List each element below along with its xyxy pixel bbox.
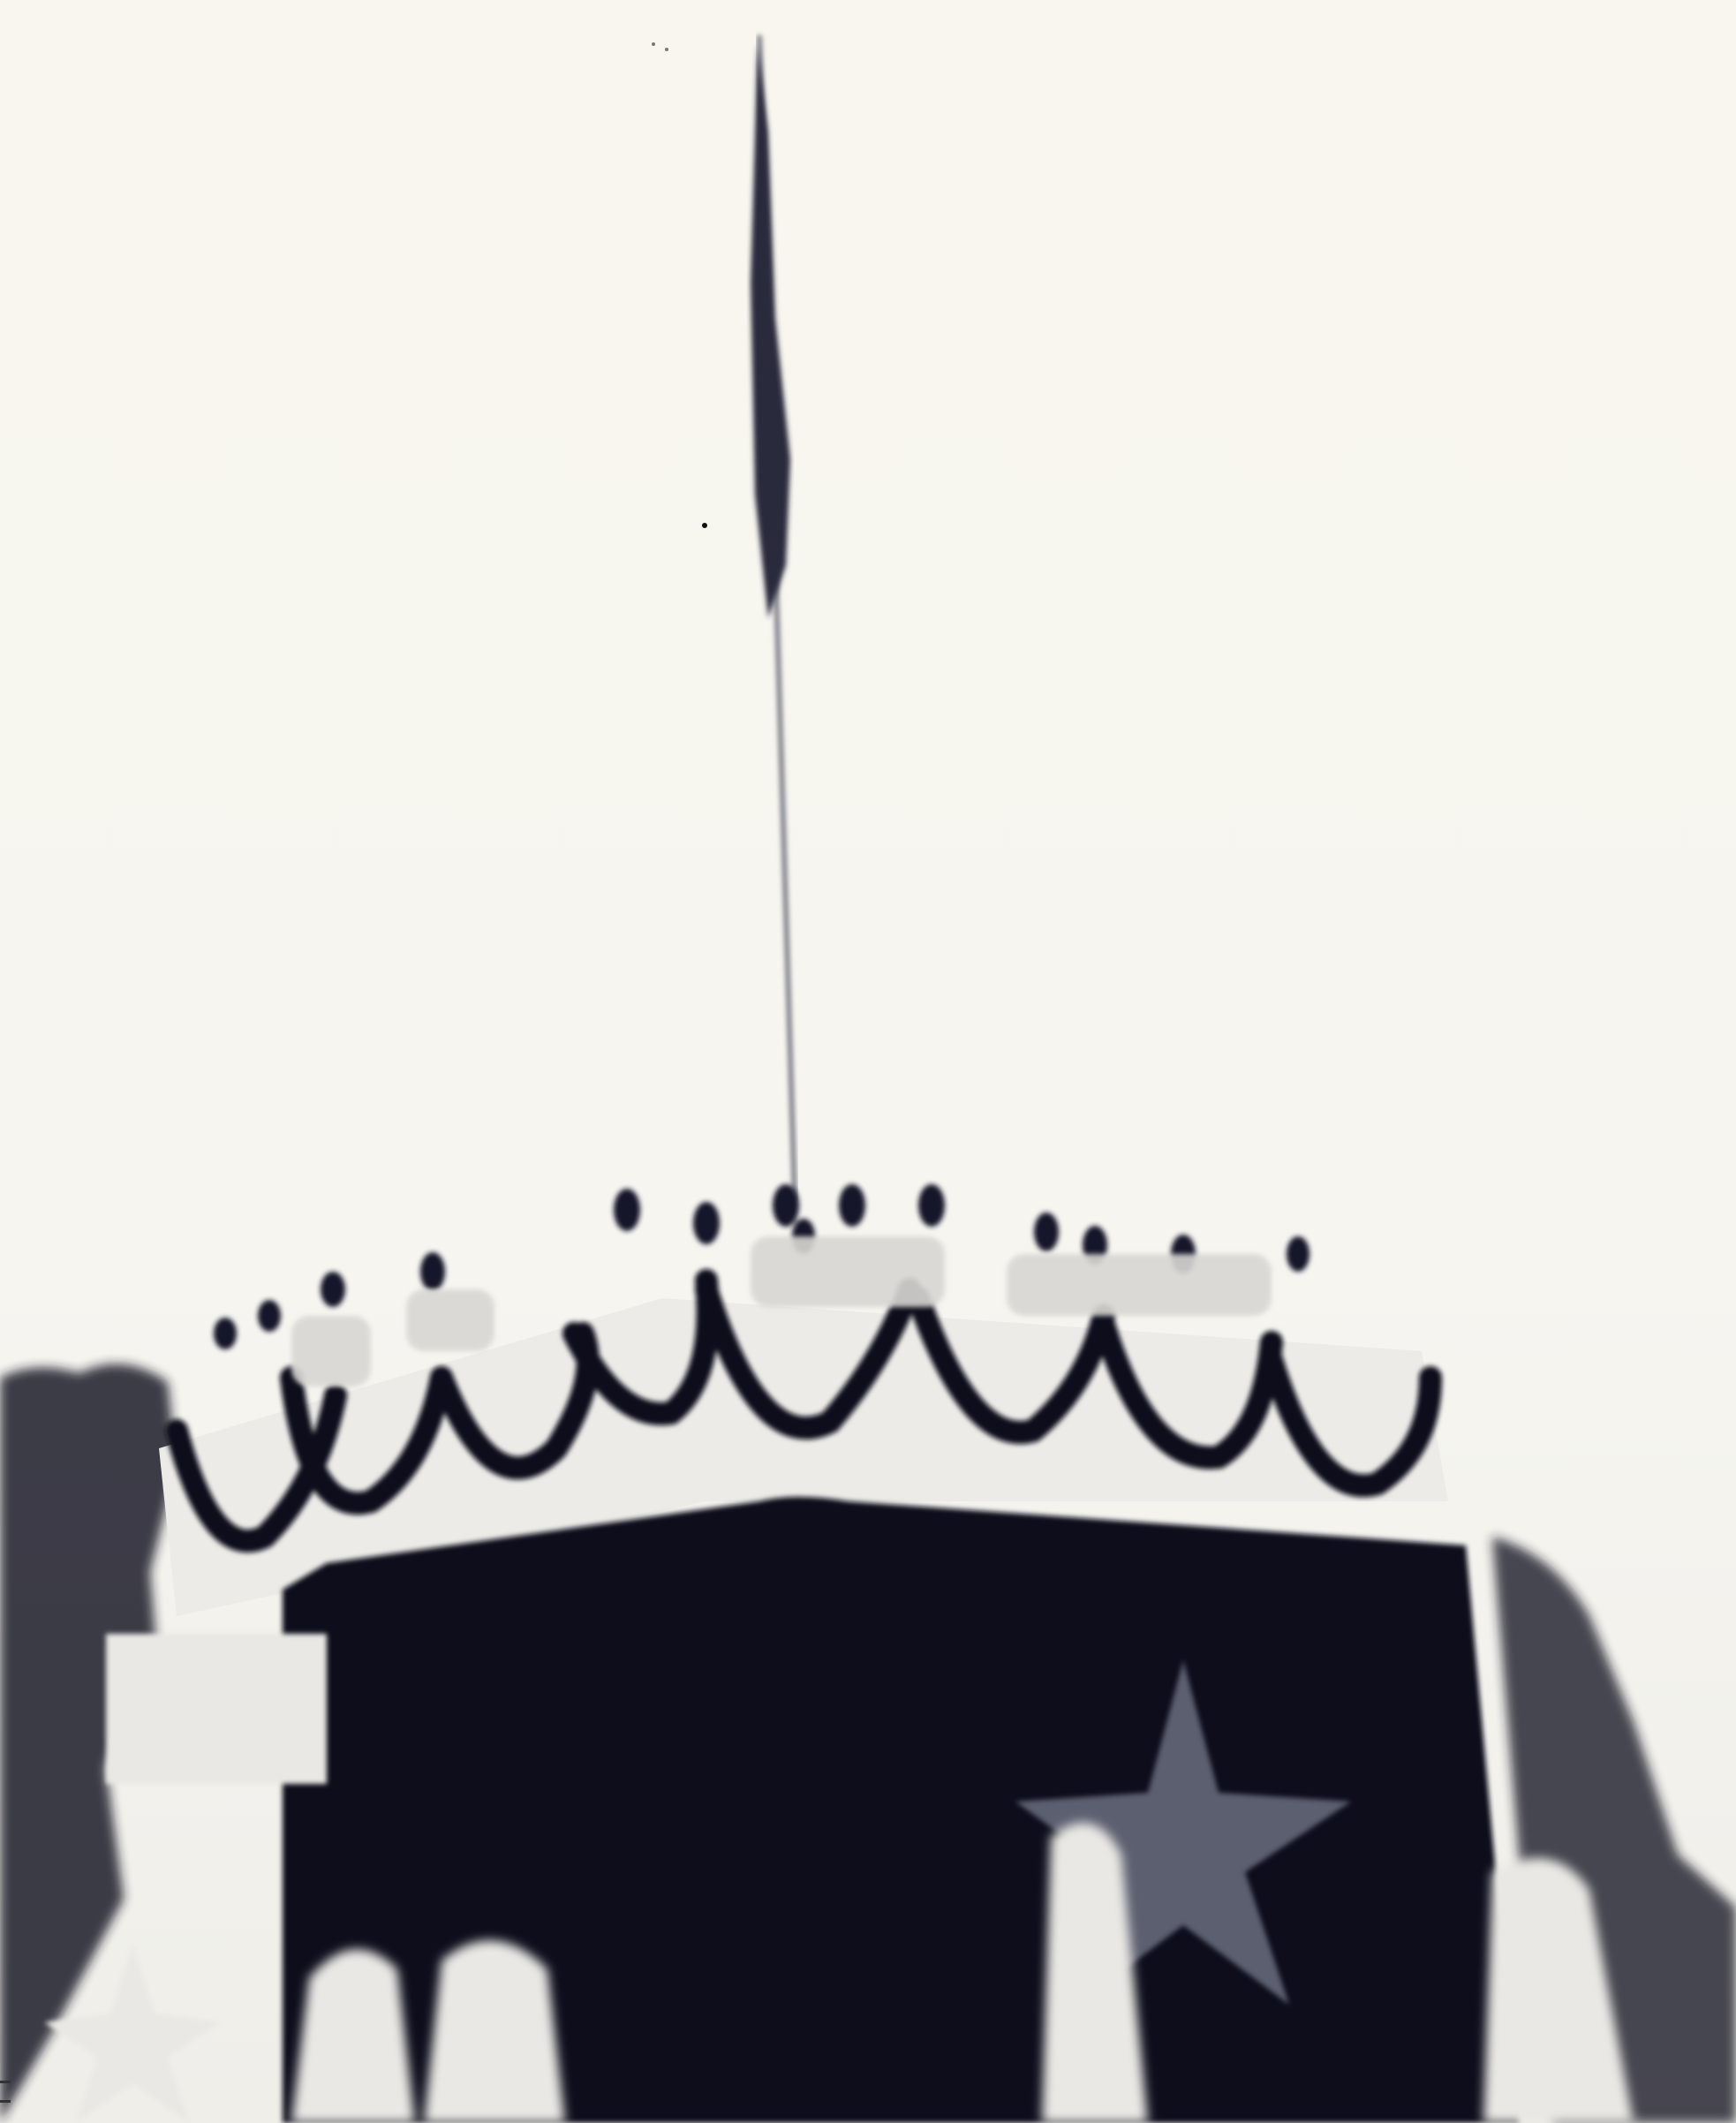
photo-scene	[0, 0, 1736, 2123]
scan-edge-mark	[0, 2100, 11, 2103]
scan-edge-mark	[0, 2081, 11, 2083]
photograph	[0, 0, 1736, 2123]
flag	[751, 44, 790, 618]
